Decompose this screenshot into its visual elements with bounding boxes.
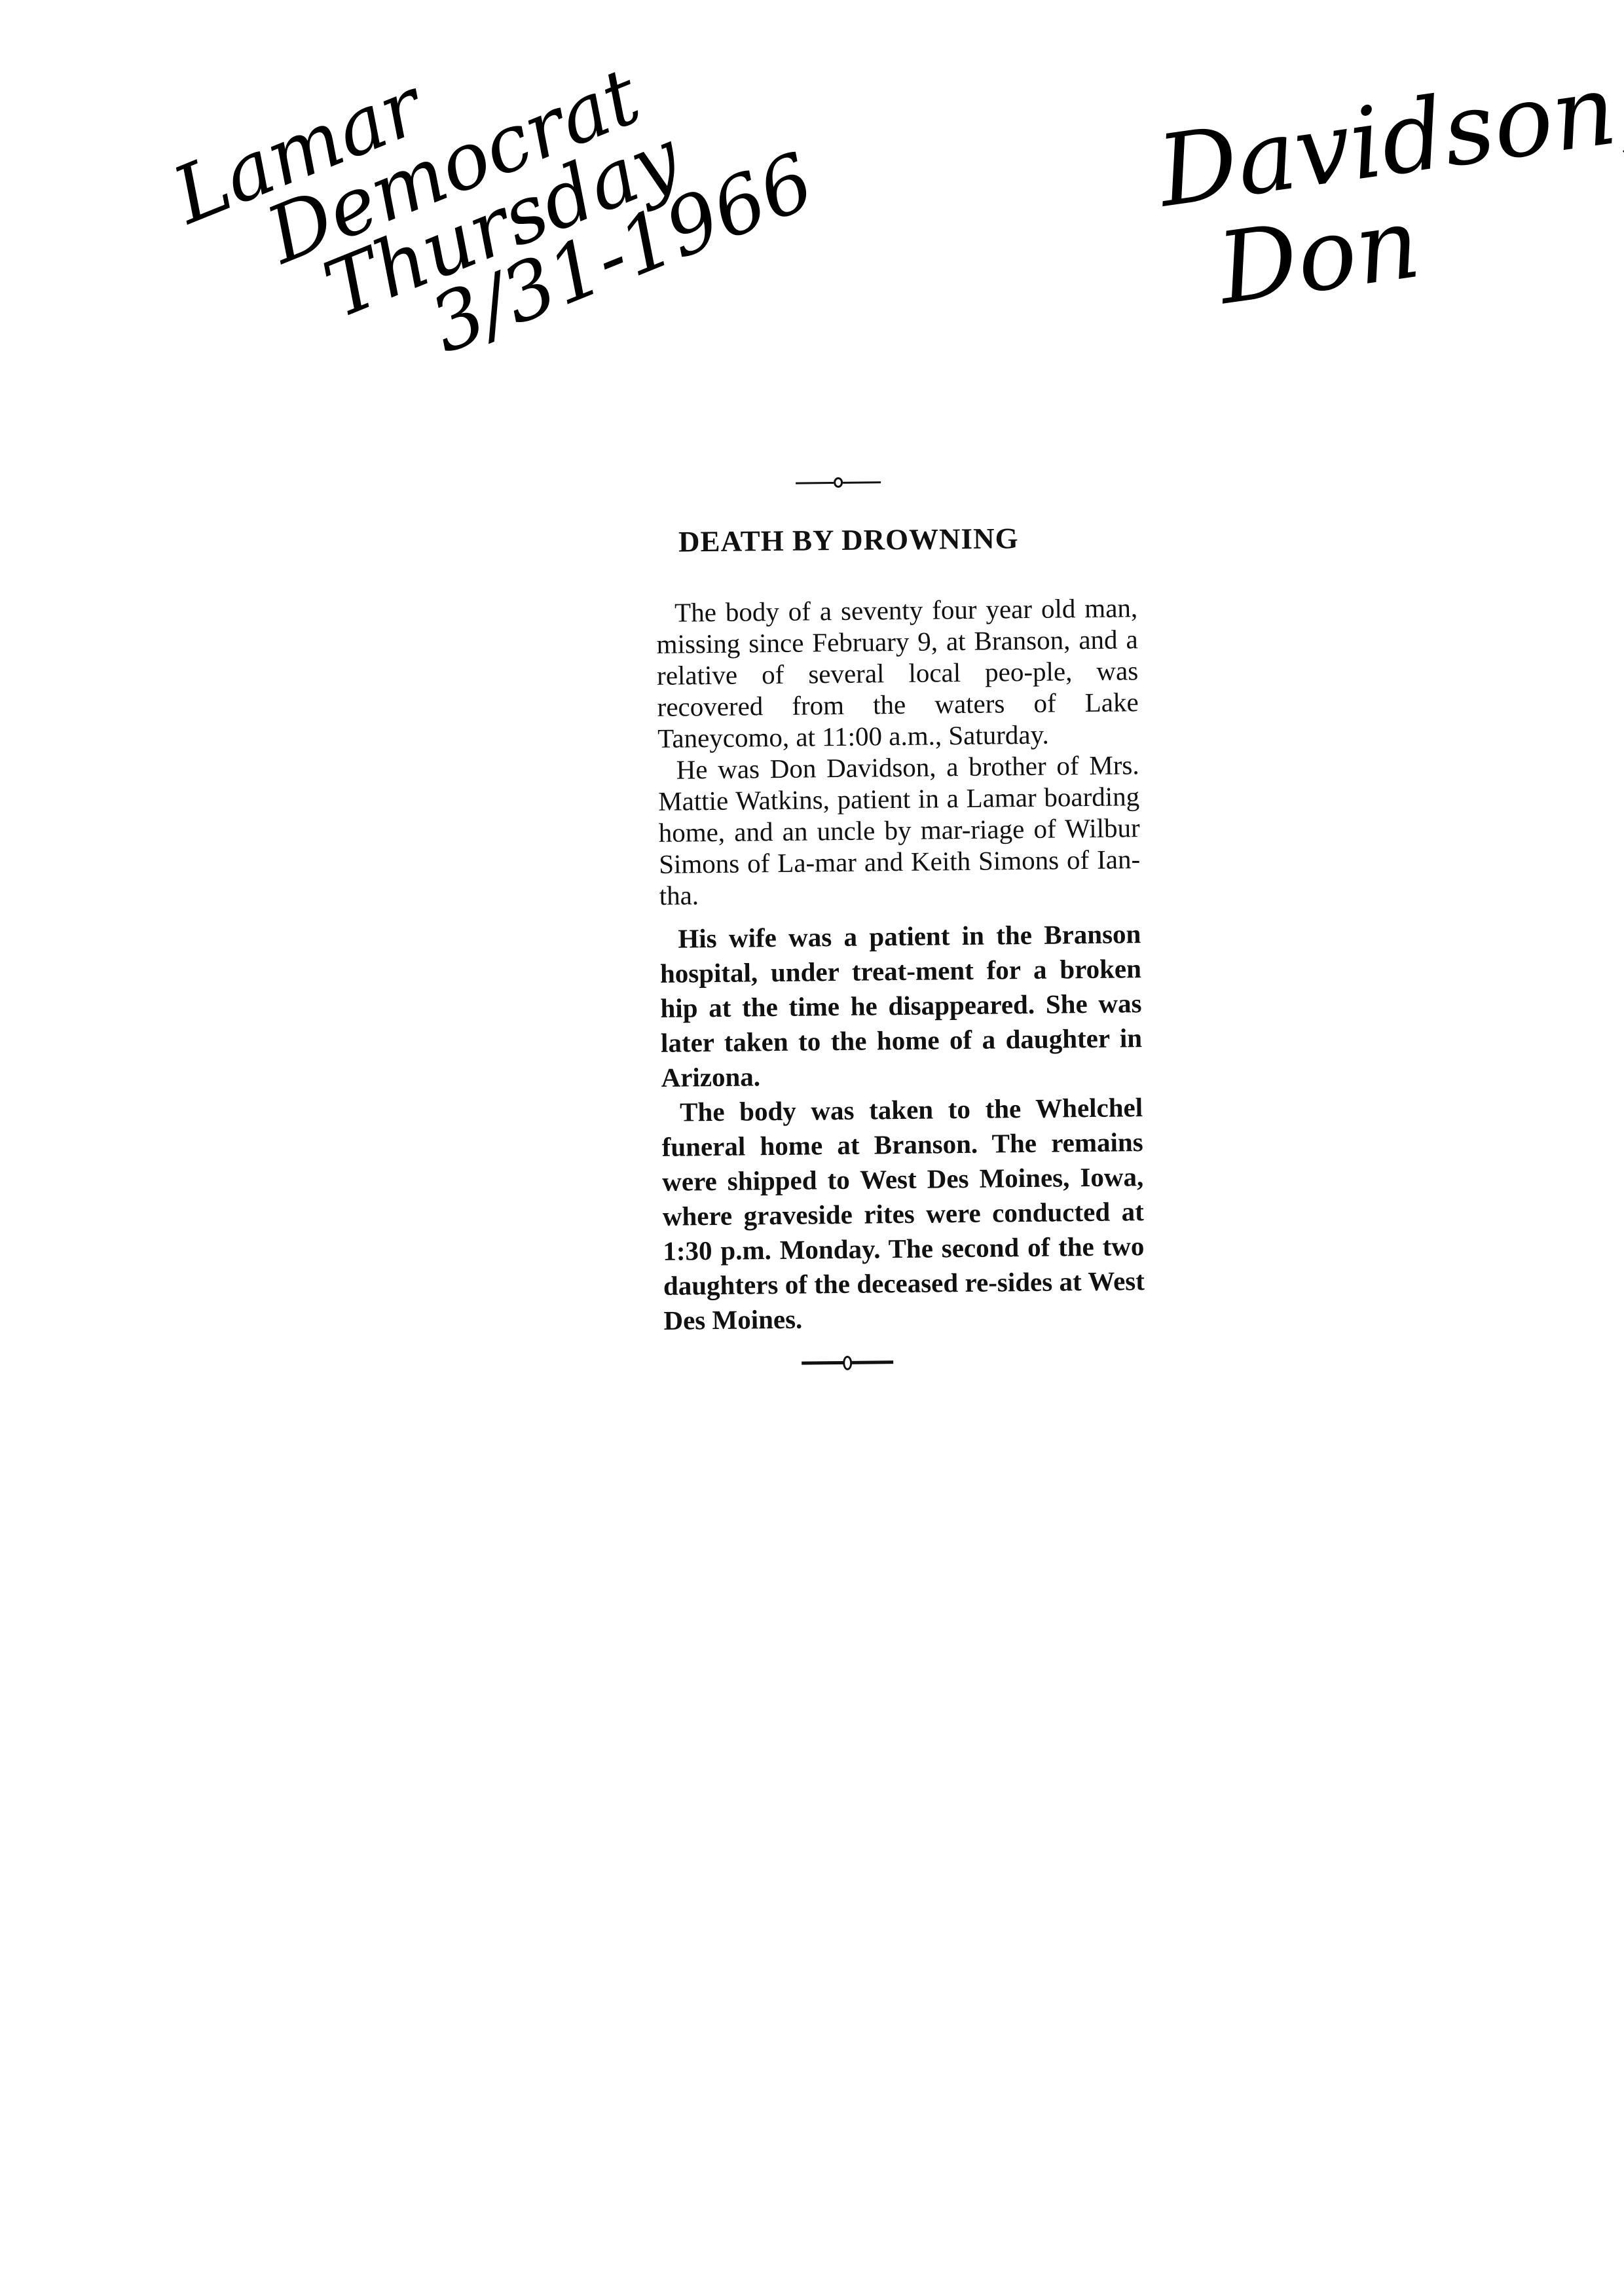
newspaper-clipping: DEATH BY DROWNING The body of a seventy … (648, 473, 1155, 1371)
article-paragraph: His wife was a patient in the Branson ho… (659, 917, 1143, 1095)
article-paragraph: He was Don Davidson, a brother of Mrs. M… (657, 749, 1140, 911)
handwritten-source-note: Lamar Democrat Thursday 3/31-1966 (164, 0, 824, 437)
article-body: The body of a seventy four year old man,… (656, 592, 1145, 1338)
separator-rule-icon (796, 475, 881, 489)
separator-rule-icon (802, 1355, 893, 1369)
article-paragraph: The body was taken to the Whelchel funer… (661, 1090, 1145, 1338)
article-paragraph: The body of a seventy four year old man,… (656, 592, 1139, 754)
handwritten-subject-note: Davidson, Don (1153, 56, 1624, 325)
article-headline: DEATH BY DROWNING (678, 520, 1147, 558)
